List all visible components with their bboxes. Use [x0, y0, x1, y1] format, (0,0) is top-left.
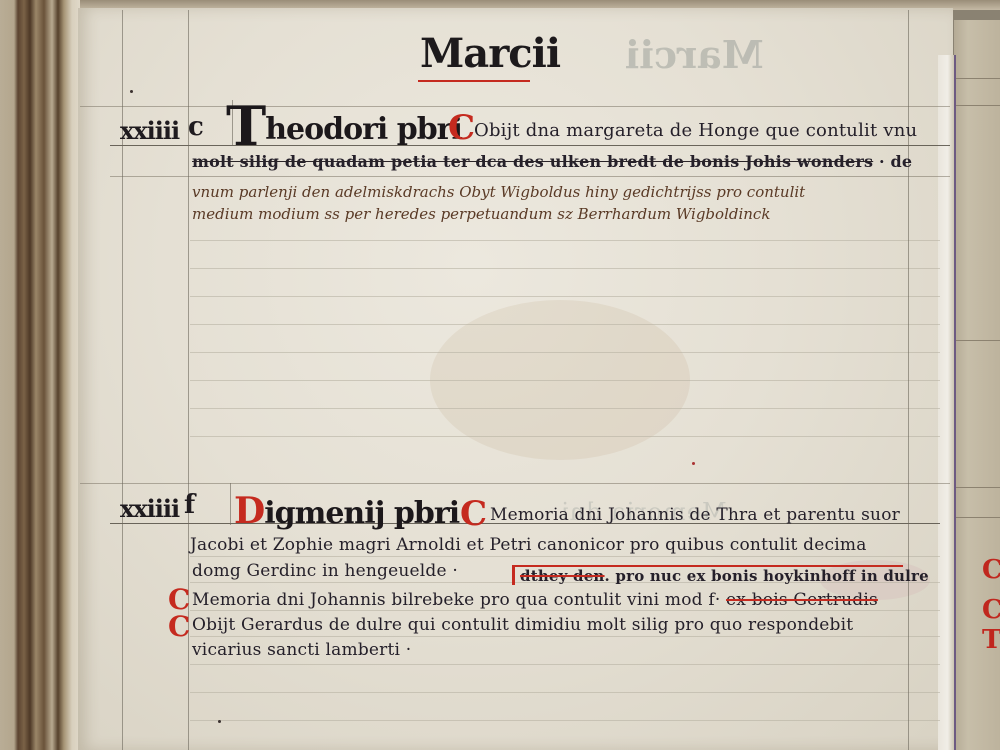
entry-line: vicarius sancti lamberti · [192, 640, 411, 660]
ink-speck [218, 720, 221, 723]
facing-ruling [954, 517, 1000, 518]
entry-line-struck: molt silig de quadam petia ter dca des u… [192, 152, 912, 171]
ink-speck [130, 90, 133, 93]
entry-line-cursive: medium modium ss per heredes perpetuandu… [192, 205, 770, 223]
ink-speck [692, 462, 695, 465]
ruling-line [190, 352, 940, 353]
ruling-line [190, 664, 940, 665]
entry-line: Memoria dni Johannis de Thra et parentu … [490, 505, 900, 525]
facing-initial-3: T [982, 625, 1000, 655]
paragraph-mark: C [168, 610, 190, 643]
facing-initial-2: C [982, 595, 1000, 625]
entry-line: Obijt Gerardus de dulre qui contulit dim… [192, 615, 853, 635]
ruling-line [190, 692, 940, 693]
paragraph-mark: C [460, 494, 487, 534]
ruling-line [190, 610, 940, 611]
facing-ruling [954, 340, 1000, 341]
ruling-margin [230, 483, 231, 525]
entry-line-cursive: vnum parlenji den adelmiskdrachs Obyt Wi… [192, 183, 805, 201]
entry-line-insertion: dthey den. pro nuc ex bonis hoykinhoff i… [520, 567, 929, 585]
ruling-line [190, 720, 940, 721]
ruling-line [80, 106, 950, 107]
paragraph-mark: C [448, 108, 475, 148]
facing-initial-1: C [982, 555, 1000, 585]
ruling-line [190, 436, 940, 437]
book-page-edges [0, 0, 80, 750]
feast-text: heodori pbri [265, 112, 462, 147]
entry-line: Jacobi et Zophie magri Arnoldi et Petri … [190, 535, 867, 555]
ruling-line [110, 176, 950, 177]
ruling-line [190, 268, 940, 269]
facing-ruling [954, 78, 1000, 79]
facing-ruling [954, 105, 1000, 106]
day-number: xxiiii [120, 116, 179, 145]
entry-line: domg Gerdinc in hengeuelde · [192, 561, 458, 581]
ruling-line [190, 636, 940, 637]
entry-line: Memoria dni Johannis bilrebeke pro qua c… [192, 590, 878, 610]
ruling-line [190, 240, 940, 241]
dominical-letter: f [184, 490, 195, 520]
heading-red-underline [418, 80, 530, 82]
feast-title: Digmenij pbri [234, 490, 459, 532]
feast-text: igmenij pbri [264, 496, 459, 531]
feast-title: Theodori pbri [226, 88, 462, 152]
month-heading: Marcii [420, 30, 560, 77]
facing-ruling [954, 487, 1000, 488]
ruling-line [190, 324, 940, 325]
ruling-line [190, 296, 940, 297]
page-curl-edge [938, 55, 956, 750]
manuscript-photo: C C T Marcii Memoria dni Marcii xxiiii c… [0, 0, 1000, 750]
feast-initial: T [226, 94, 265, 158]
ruling-line [190, 380, 940, 381]
ruling-line [80, 483, 950, 484]
red-insertion-bracket [512, 565, 515, 585]
ruling-line [190, 556, 940, 557]
show-through-heading: Marcii [625, 32, 764, 77]
dominical-letter: c [188, 112, 204, 142]
day-number: xxiiii [120, 494, 179, 523]
entry-line: Obijt dna margareta de Honge que contuli… [474, 120, 917, 141]
feast-initial: D [234, 490, 264, 532]
ruling-line [190, 408, 940, 409]
